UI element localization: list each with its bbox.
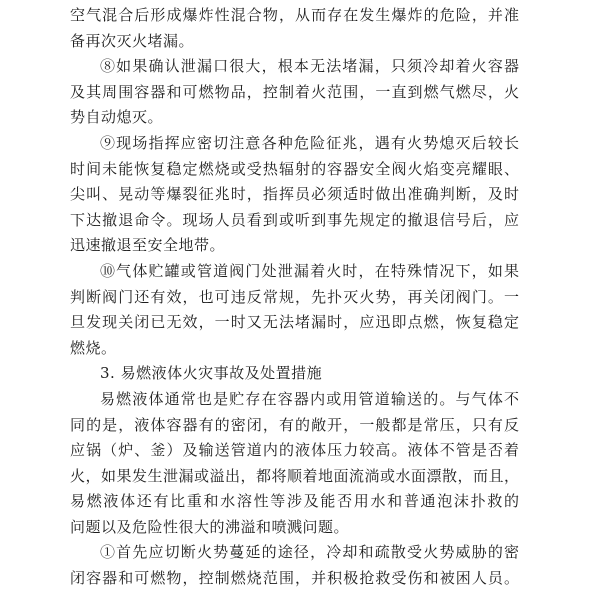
document-page: 空气混合后形成爆炸性混合物，从而存在发生爆炸的危险，并准备再次灭火堵漏。⑧如果确… <box>0 0 590 595</box>
text-line: 旦发现关闭已无效，一时又无法堵漏时，应迅即点燃，恢复稳定 <box>70 310 519 336</box>
text-line: ①首先应切断火势蔓延的途径，冷却和疏散受火势威胁的密 <box>70 540 519 566</box>
text-line: 判断阀门还有效，也可违反常规，先扑灭火势，再关闭阀门。一 <box>70 285 519 311</box>
text-line: 应锅（炉、釜）及输送管道内的液体压力较高。液体不管是否着 <box>70 438 519 464</box>
text-line: 3. 易燃液体火灾事故及处置措施 <box>70 361 519 387</box>
text-line: 燃烧。 <box>70 336 519 362</box>
text-line: 尖叫、晃动等爆裂征兆时，指挥员必须适时做出准确判断，及时 <box>70 182 519 208</box>
text-line: 备再次灭火堵漏。 <box>70 29 519 55</box>
text-line: 同的是，液体容器有的密闭，有的敞开，一般都是常压，只有反 <box>70 413 519 439</box>
text-line: 闭容器和可燃物，控制燃烧范围，并积极抢救受伤和被困人员。 <box>70 566 519 592</box>
text-line: 易燃液体通常也是贮存在容器内或用管道输送的。与气体不 <box>70 387 519 413</box>
text-line: 火，如果发生泄漏或溢出，都将顺着地面流淌或水面漂散，而且， <box>70 464 519 490</box>
text-line: 空气混合后形成爆炸性混合物，从而存在发生爆炸的危险，并准 <box>70 3 519 29</box>
text-line: 势自动熄灭。 <box>70 105 519 131</box>
text-line: 及其周围容器和可燃物品，控制着火范围，一直到燃气燃尽，火 <box>70 80 519 106</box>
text-line: 时间未能恢复稳定燃烧或受热辐射的容器安全阀火焰变亮耀眼、 <box>70 157 519 183</box>
text-line: 迅速撤退至安全地带。 <box>70 233 519 259</box>
text-line: 易燃液体还有比重和水溶性等涉及能否用水和普通泡沫扑救的 <box>70 489 519 515</box>
text-block: 空气混合后形成爆炸性混合物，从而存在发生爆炸的危险，并准备再次灭火堵漏。⑧如果确… <box>70 3 519 592</box>
text-line: 下达撤退命令。现场人员看到或听到事先规定的撤退信号后，应 <box>70 208 519 234</box>
text-line: ⑩气体贮罐或管道阀门处泄漏着火时，在特殊情况下，如果 <box>70 259 519 285</box>
text-line: 问题以及危险性很大的沸溢和喷溅问题。 <box>70 515 519 541</box>
text-line: ⑨现场指挥应密切注意各种危险征兆，遇有火势熄灭后较长 <box>70 131 519 157</box>
text-line: ⑧如果确认泄漏口很大，根本无法堵漏，只须冷却着火容器 <box>70 54 519 80</box>
